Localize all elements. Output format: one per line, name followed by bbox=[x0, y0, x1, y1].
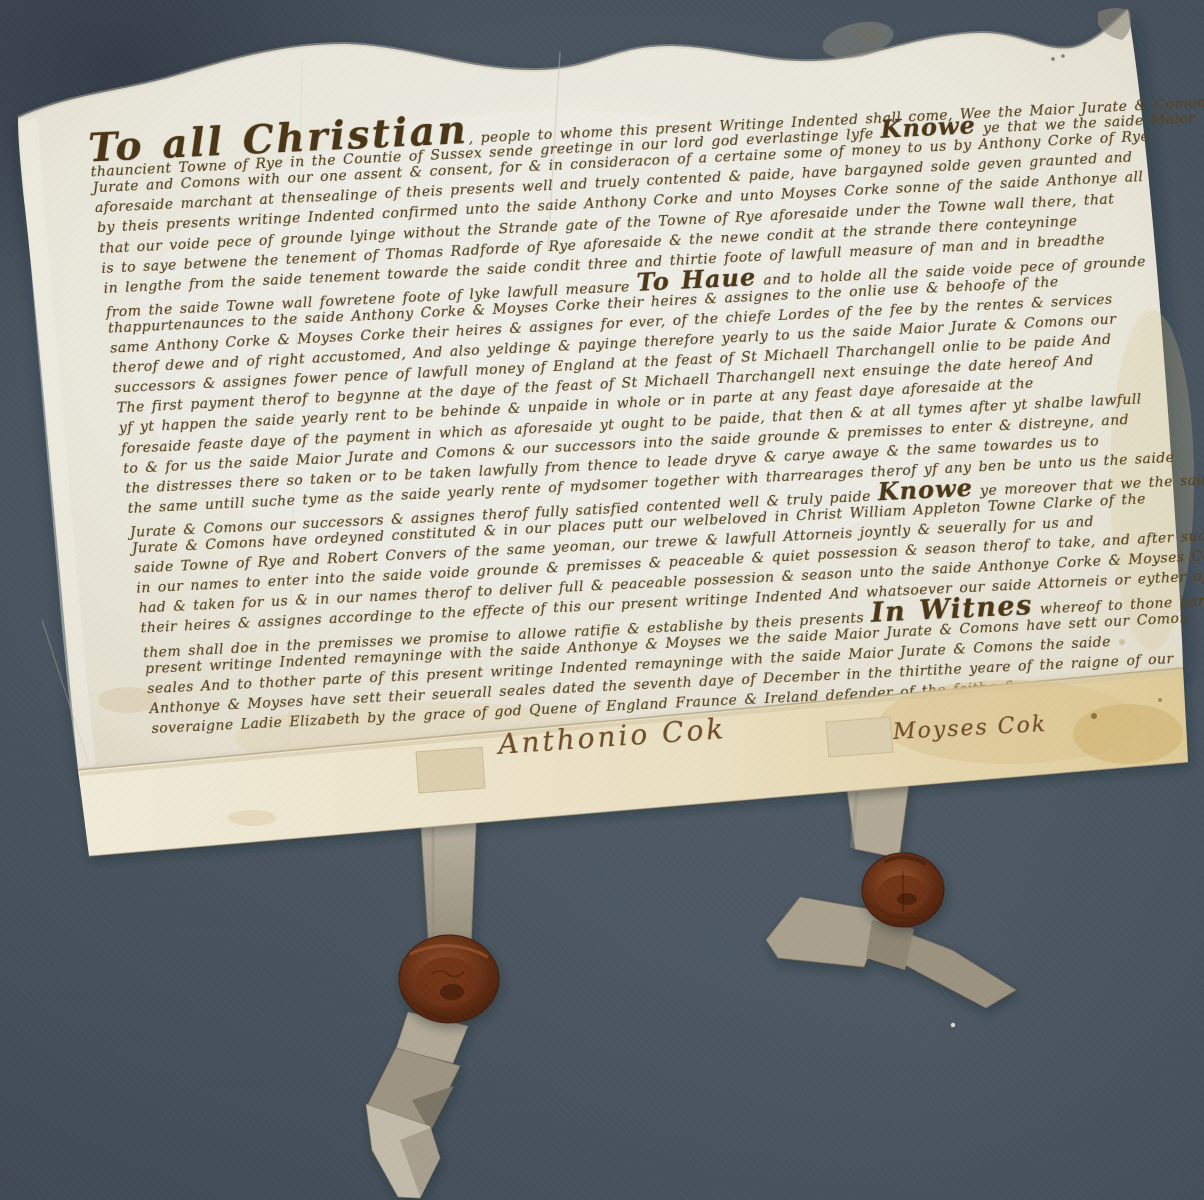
stain-corner-smudge bbox=[1098, 8, 1131, 40]
left-tag-tail-shadow bbox=[400, 1128, 440, 1196]
left-tag-fold-piece bbox=[366, 1048, 460, 1132]
left-wax-seal bbox=[399, 935, 499, 1023]
stain-top-smudge bbox=[819, 16, 896, 64]
right-tag-arm-left bbox=[766, 897, 886, 967]
crease-diagonal bbox=[42, 620, 88, 762]
stain-top-smudge-core bbox=[855, 28, 881, 44]
ink-dot bbox=[1061, 54, 1065, 58]
photograph-background: To all Christian, people to whome this p… bbox=[0, 0, 1204, 1200]
ink-dot bbox=[1051, 57, 1055, 61]
right-tag-center-flap bbox=[866, 920, 914, 970]
left-tag-fold-piece-dark bbox=[412, 1086, 454, 1132]
right-seal-tag bbox=[766, 775, 1016, 1008]
right-wax-seal bbox=[862, 853, 944, 927]
fold-foxing bbox=[228, 810, 276, 826]
manuscript-text-block: To all Christian, people to whome this p… bbox=[58, 87, 1178, 779]
left-tag-fold-piece bbox=[396, 1012, 468, 1063]
plica-bottom-edge bbox=[89, 762, 1188, 856]
left-tag-tail bbox=[366, 1104, 440, 1198]
left-seal-tag bbox=[366, 806, 477, 1198]
white-speck bbox=[951, 1023, 955, 1027]
right-tag-arm-right bbox=[878, 928, 1016, 1008]
